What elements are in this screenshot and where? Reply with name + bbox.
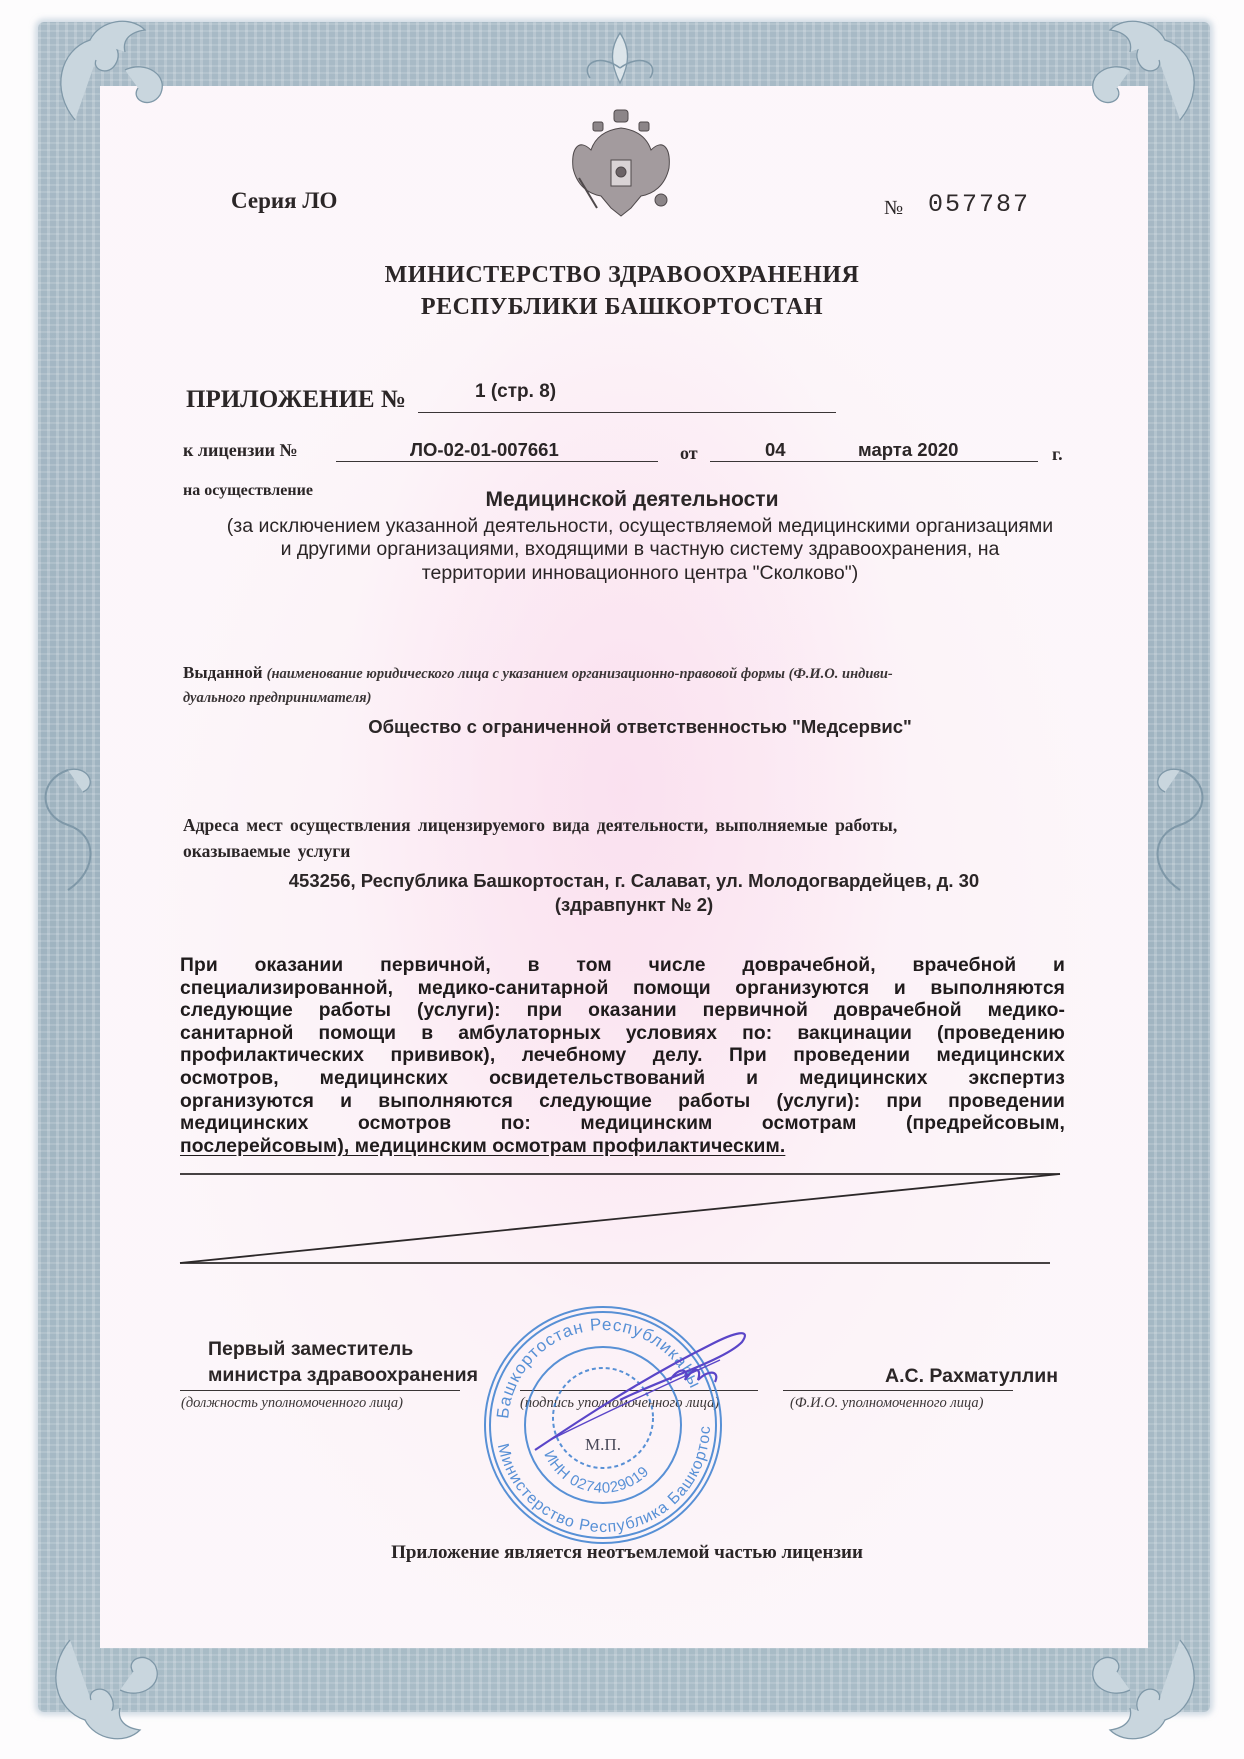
issued-label: Выданной — [183, 663, 263, 682]
license-date-day: 04 — [765, 439, 786, 461]
handwritten-signature — [520, 1320, 760, 1460]
coat-of-arms-icon — [565, 108, 677, 220]
issued-hint-line1: (наименование юридического лица с указан… — [267, 666, 893, 682]
top-center-fleur-ornament-icon — [565, 28, 675, 90]
services-line: При оказании первичной, в том числе довр… — [180, 955, 1065, 978]
appendix-number-value: 1 (стр. 8) — [475, 381, 556, 403]
appendix-underline — [418, 412, 836, 413]
number-sign: № — [884, 197, 903, 220]
license-year-suffix: г. — [1052, 444, 1063, 465]
corner-ornament-bottom-right-icon — [1080, 1620, 1230, 1750]
addresses-label-line1: Адреса мест осуществления лицензируемого… — [183, 815, 897, 835]
services-line: следующие работы (услуги): при оказании … — [180, 1000, 1065, 1023]
signatory-position-line1: Первый заместитель — [208, 1338, 413, 1361]
name-caption: (Ф.И.О. уполномоченного лица) — [790, 1395, 983, 1412]
activity-note-line2: и другими организациями, входящими в час… — [0, 538, 1244, 561]
name-underline — [783, 1390, 1013, 1391]
activity-title: Медицинской деятельности — [0, 488, 1244, 512]
issued-label-block: Выданной (наименование юридического лица… — [183, 661, 1073, 710]
signatory-position-line2: министра здравоохранения — [208, 1364, 478, 1387]
blank-space-strike-lines — [170, 1165, 1070, 1275]
signatory-name: А.С. Рахматуллин — [885, 1365, 1058, 1388]
series-label: Серия ЛО — [231, 188, 337, 214]
corner-ornament-bottom-left-icon — [25, 1620, 175, 1750]
license-number-value: ЛО-02-01-007661 — [410, 439, 559, 461]
license-date-from-label: от — [680, 443, 698, 464]
license-blank-number: 057787 — [928, 190, 1030, 219]
services-line: специализированной, медико-санитарной по… — [180, 978, 1065, 1001]
footer-note: Приложение является неотъемлемой частью … — [0, 1542, 1244, 1564]
services-line: санитарной помощи в амбулаторных условия… — [180, 1023, 1065, 1046]
services-line: организуются и выполняются следующие раб… — [180, 1091, 1065, 1114]
activity-note-line1: (за исключением указанной деятельности, … — [0, 515, 1244, 538]
issued-hint-line2: дуального предпринимателя) — [183, 690, 371, 706]
license-number-label: к лицензии № — [183, 440, 298, 461]
license-number-underline — [336, 461, 658, 462]
ministry-title-line1: МИНИСТЕРСТВО ЗДРАВООХРАНЕНИЯ — [0, 262, 1244, 289]
addresses-label-line2: оказываемые услуги — [183, 841, 350, 861]
organization-name: Общество с ограниченной ответственностью… — [0, 716, 1244, 738]
services-line: профилактических прививок), лечебному де… — [180, 1045, 1065, 1068]
license-date-month-year: марта 2020 — [858, 439, 958, 461]
ministry-title-line2: РЕСПУБЛИКИ БАШКОРТОСТАН — [0, 294, 1244, 321]
address-line2: (здравпункт № 2) — [0, 894, 1244, 916]
corner-ornament-top-right-icon — [1080, 10, 1230, 140]
activity-note-line3: территории инновационного центра "Сколко… — [0, 562, 1244, 585]
corner-ornament-top-left-icon — [30, 10, 170, 140]
services-paragraph: При оказании первичной, в том числе довр… — [180, 955, 1065, 1158]
license-date-underline — [710, 461, 1038, 462]
address-line1: 453256, Республика Башкортостан, г. Сала… — [0, 870, 1244, 892]
appendix-label: ПРИЛОЖЕНИЕ № — [186, 386, 406, 414]
position-underline — [180, 1390, 460, 1391]
services-line: медицинских осмотров по: медицинским осм… — [180, 1113, 1065, 1136]
addresses-label-block: Адреса мест осуществления лицензируемого… — [183, 812, 1073, 864]
services-last-line: послерейсовым), медицинским осмотрам про… — [180, 1136, 1065, 1159]
services-line: осмотров, медицинских освидетельствовани… — [180, 1068, 1065, 1091]
position-caption: (должность уполномоченного лица) — [181, 1395, 403, 1412]
